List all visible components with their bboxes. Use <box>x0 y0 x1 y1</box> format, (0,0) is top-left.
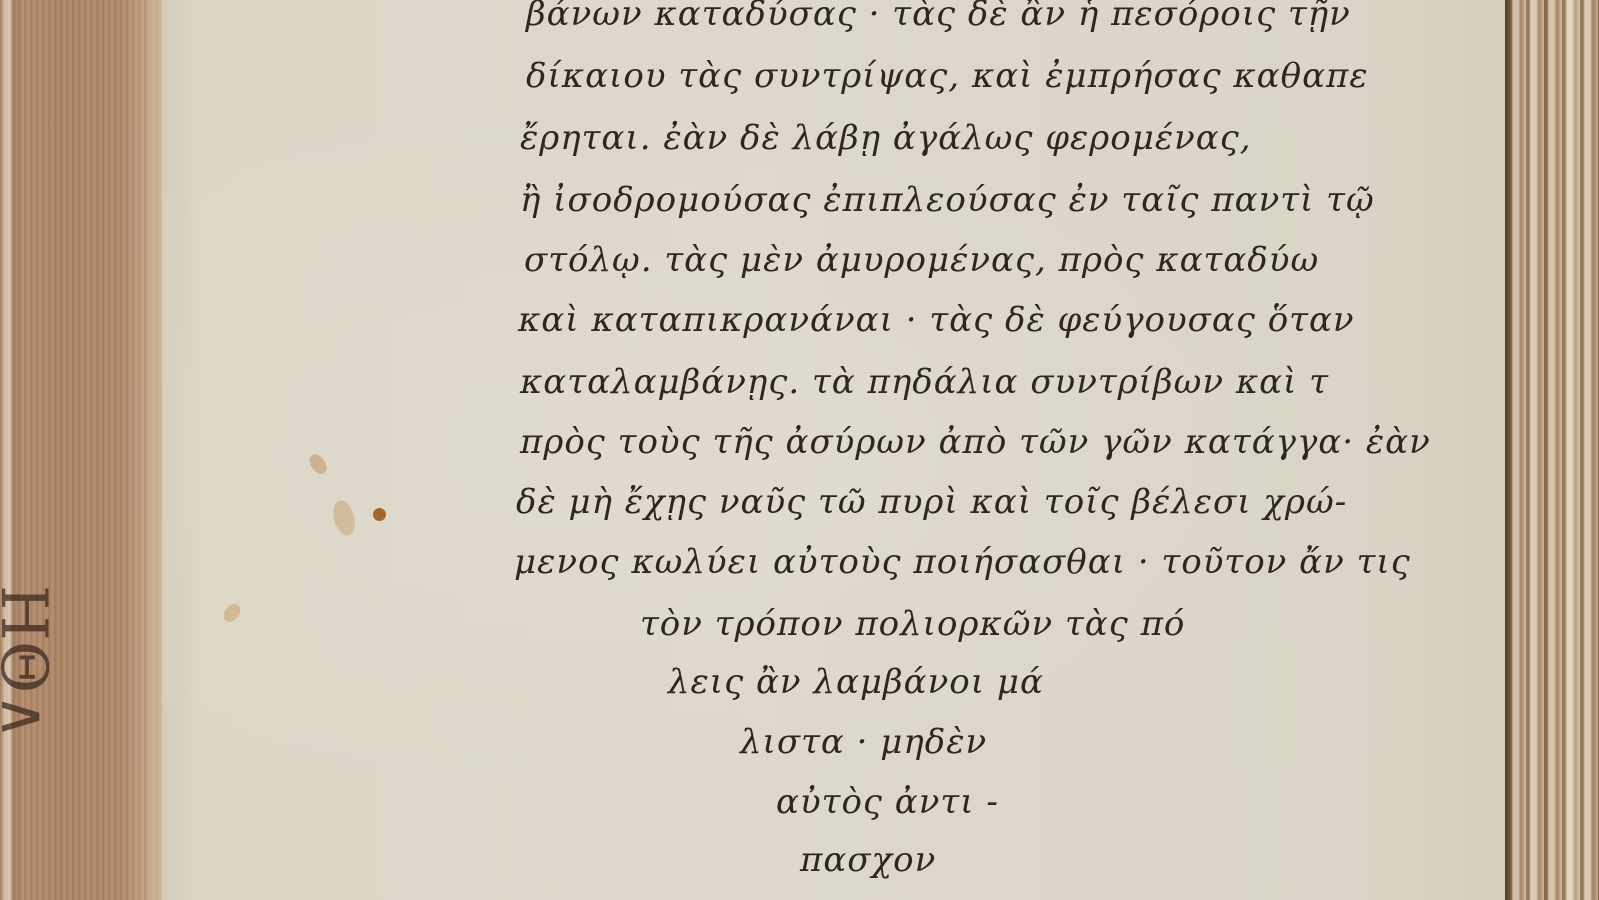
ink-stain <box>306 451 330 477</box>
ink-stain <box>220 601 244 625</box>
text-line: δίκαιου τὰς συντρίψας, καὶ ἐμπρήσας καθα… <box>526 56 1369 96</box>
text-line: πρὸς τοὺς τῆς ἀσύρων ἀπὸ τῶν γῶν κατάγγα… <box>520 422 1431 462</box>
text-line: λεις ἂν λαμβάνοι μά <box>668 662 1044 702</box>
text-line: καταλαμβάνῃς. τὰ πηδάλια συντρίβων καὶ τ <box>520 362 1329 402</box>
page-fore-edge <box>1505 0 1599 900</box>
text-line: στόλῳ. τὰς μὲν ἀμυρομένας, πρὸς καταδύω <box>524 240 1319 280</box>
ink-stain <box>330 498 359 538</box>
text-line: τὸν τρόπον πολιορκῶν τὰς πό <box>640 604 1185 644</box>
text-line: δὲ μὴ ἔχῃς ναῦς τῶ πυρὶ καὶ τοῖς βέλεσι … <box>516 482 1347 522</box>
text-line: καὶ καταπικρανάναι · τὰς δὲ φεύγουσας ὅτ… <box>518 300 1355 340</box>
text-line: ἔρηται. ἐὰν δὲ λάβῃ ἀγάλως φερομένας, <box>520 118 1252 158</box>
spine-marking: HΘ∧ <box>0 585 60 740</box>
text-line: αὐτὸς ἀντι - <box>776 782 999 822</box>
text-line: πασχον <box>800 840 936 880</box>
text-line: βάνων καταδύσας · τὰς δὲ ἂν ἡ πεσόροις τ… <box>526 0 1351 34</box>
ink-dot <box>373 508 386 521</box>
text-line: μενος κωλύει αὐτοὺς ποιήσασθαι · τοῦτον … <box>514 542 1411 582</box>
book-spine-edge <box>0 0 162 900</box>
text-line: ἢ ἰσοδρομούσας ἐπιπλεούσας ἐν ταῖς παντὶ… <box>520 180 1375 220</box>
text-line: λιστα · μηδὲν <box>740 722 987 762</box>
